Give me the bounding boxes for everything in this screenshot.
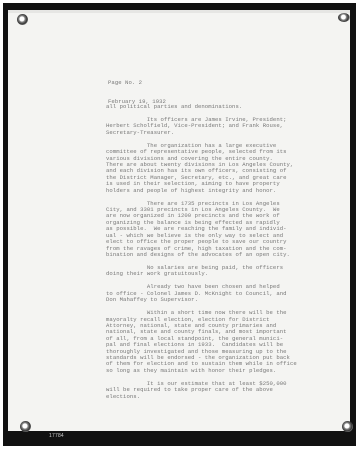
paragraph: The organization has a large executiveco… bbox=[106, 143, 297, 194]
text-line: Don Mahaffey to Supervisor. bbox=[106, 297, 297, 303]
paragraph: There are 1735 precincts in Los AngelesC… bbox=[106, 201, 297, 259]
punch-hole-icon bbox=[17, 14, 28, 25]
text-line: elections. bbox=[106, 394, 297, 400]
page-top-edge bbox=[8, 10, 350, 13]
punch-hole-icon bbox=[338, 13, 350, 22]
text-line: doing their work gratuitously. bbox=[106, 271, 297, 277]
text-line: holders and people of highest integrity … bbox=[106, 188, 297, 194]
paragraph: all political parties and denominations. bbox=[106, 104, 297, 110]
text-line: Secretary-Treasurer. bbox=[106, 130, 297, 136]
punch-hole-icon bbox=[20, 421, 31, 432]
paragraph: Its officers are James Irvine, President… bbox=[106, 117, 297, 136]
page-number: Page No. 2 bbox=[108, 80, 166, 86]
text-line: bination and designs of the advocates of… bbox=[106, 252, 297, 258]
text-line: all political parties and denominations. bbox=[106, 104, 297, 110]
text-line: so long as they maintain with honor thei… bbox=[106, 368, 297, 374]
paragraph: It is our estimate that at least $250,00… bbox=[106, 381, 297, 400]
archive-number: 17784 bbox=[49, 433, 64, 439]
paragraph: Already two have been chosen and helpedt… bbox=[106, 284, 297, 303]
paragraph: Within a short time now there will be th… bbox=[106, 310, 297, 374]
punch-hole-icon bbox=[342, 421, 353, 432]
letter-body: all political parties and denominations.… bbox=[106, 104, 297, 407]
paragraph: No salaries are being paid, the officers… bbox=[106, 265, 297, 278]
